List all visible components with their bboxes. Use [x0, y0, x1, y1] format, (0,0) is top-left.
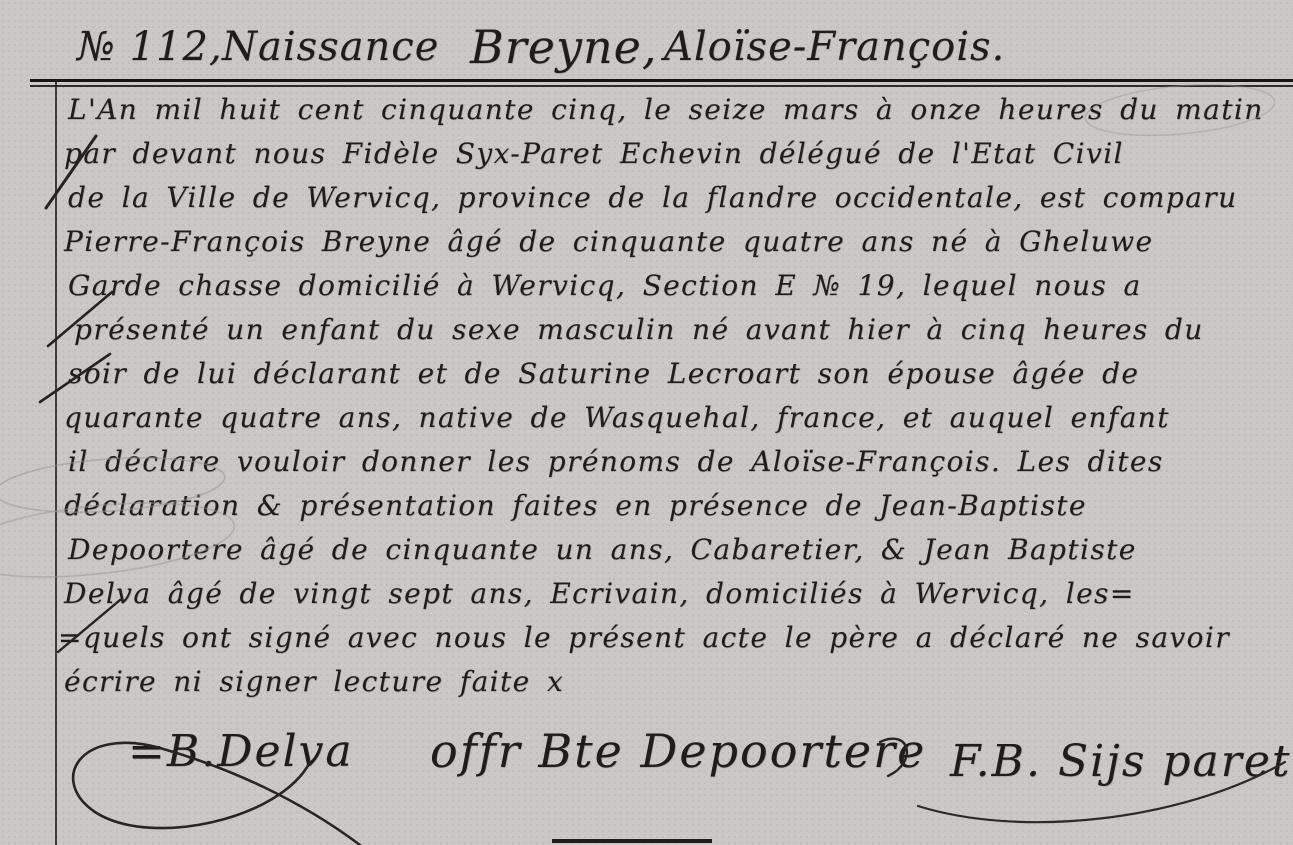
next-entry-rule-fragment: [552, 839, 712, 843]
manuscript-line: quarante quatre ans, native de Wasquehal…: [64, 396, 1286, 440]
signature-syx-paret: F.B. Sijs paret: [950, 736, 1292, 787]
signature-delva: =B.Delva: [128, 726, 354, 777]
header-rule-bottom: [30, 85, 1293, 87]
header-rule-top: [30, 79, 1293, 82]
manuscript-line: déclaration & présentation faites en pré…: [64, 484, 1286, 528]
manuscript-line: Pierre-François Breyne âgé de cinquante …: [64, 220, 1286, 264]
signature-depoortere: offr Bte Depoortere: [430, 724, 926, 778]
manuscript-line: soir de lui déclarant et de Saturine Lec…: [68, 352, 1286, 396]
manuscript-line: L'An mil huit cent cinquante cinq, le se…: [68, 88, 1286, 132]
manuscript-line: Garde chasse domicilié à Wervicq, Sectio…: [68, 264, 1286, 308]
manuscript-line: Depoortere âgé de cinquante un ans, Caba…: [68, 528, 1286, 572]
record-type: Naissance: [222, 24, 439, 70]
record-given-names: Aloïse-François.: [664, 24, 1005, 70]
manuscript-line: il déclare vouloir donner les prénoms de…: [68, 440, 1286, 484]
margin-rule: [55, 80, 57, 845]
act-body: L'An mil huit cent cinquante cinq, le se…: [64, 88, 1286, 704]
manuscript-line: présenté un enfant du sexe masculin né a…: [74, 308, 1286, 352]
record-surname: Breyne,: [470, 20, 657, 74]
manuscript-line: écrire ni signer lecture faite x: [64, 660, 1286, 704]
manuscript-line: par devant nous Fidèle Syx-Paret Echevin…: [64, 132, 1286, 176]
scanned-register-page: № 112, Naissance Breyne, Aloïse-François…: [0, 0, 1293, 845]
record-number: № 112,: [77, 24, 223, 70]
manuscript-line: =quels ont signé avec nous le présent ac…: [58, 616, 1286, 660]
manuscript-line: Delva âgé de vingt sept ans, Ecrivain, d…: [64, 572, 1286, 616]
manuscript-line: de la Ville de Wervicq, province de la f…: [68, 176, 1286, 220]
